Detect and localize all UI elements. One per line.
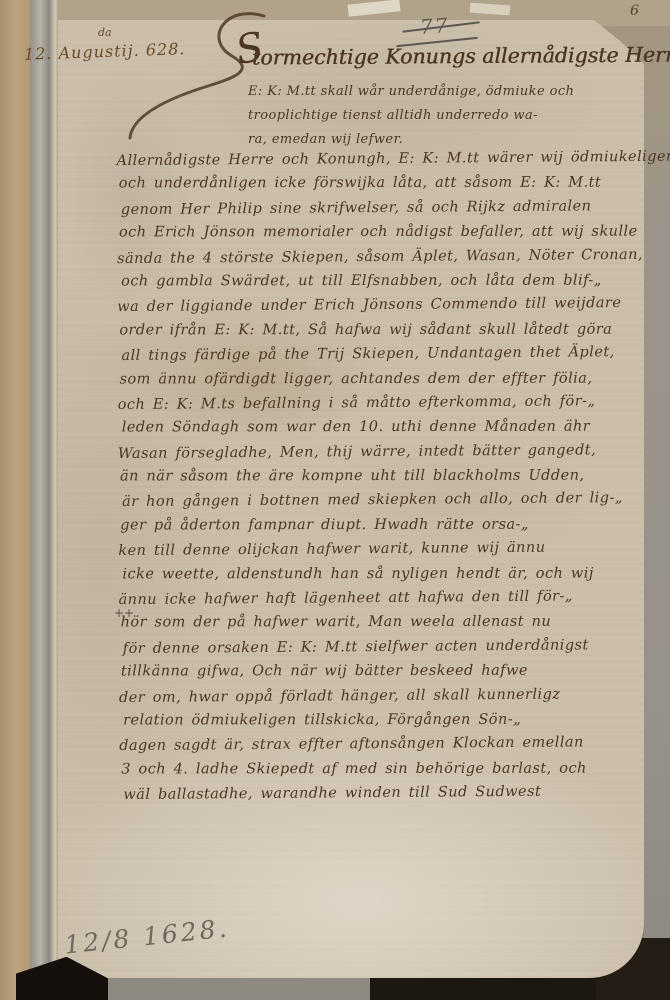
archival-date-superscript: da — [98, 26, 112, 39]
manuscript-line: wäl ballastadhe, warandhe winden till Su… — [123, 779, 644, 807]
manuscript-line: leden Söndagh som war den 10. uthi denne… — [122, 415, 643, 440]
manuscript-line: tillkänna gifwa, Och när wij bätter besk… — [121, 659, 644, 684]
manuscript-line: all tings färdige på the Trij Skiepen, U… — [121, 340, 642, 368]
manuscript-line: och E: K: M.ts befallning i så måtto eft… — [118, 389, 643, 418]
manuscript-line: hör som der på hafwer warit, Man weela a… — [121, 610, 644, 635]
manuscript-line: der om, hwar oppå förladt hänger, all sk… — [119, 682, 644, 711]
manuscript-line: icke weette, aldenstundh han så nyligen … — [122, 561, 643, 586]
salutation-line: trooplichtige tienst alltidh underredo w… — [248, 104, 574, 128]
manuscript-line: som ännu ofärdigdt ligger, achtandes dem… — [120, 366, 643, 391]
binding-edge-tan — [0, 0, 30, 1000]
manuscript-line: ännu icke hafwer haft lägenheet att hafw… — [118, 584, 643, 613]
manuscript-line: och gambla Swärdet, ut till Elfsnabben, … — [121, 268, 642, 293]
manuscript-line: wa der liggiande under Erich Jönsons Com… — [117, 291, 642, 320]
salutation-line: E: K: M.tt skall wår underdånige, ödmiuk… — [248, 80, 574, 104]
manuscript-line: sända the 4 störste Skiepen, såsom Äplet… — [117, 243, 642, 272]
margin-insert-mark: ++ — [114, 606, 134, 620]
heading-text: tormechtige Konungs allernådigste Herre, — [252, 42, 670, 69]
salutation-block: E: K: M.tt skall wår underdånige, ödmiuk… — [248, 80, 574, 152]
manuscript-line: order ifrån E: K: M.tt, Så hafwa wij såd… — [119, 317, 642, 342]
folio-number: 6 — [630, 3, 639, 19]
manuscript-line: 3 och 4. ladhe Skiepedt af med sin behör… — [121, 756, 644, 781]
manuscript-line: och underdånligen icke förswijka låta, a… — [119, 171, 642, 196]
manuscript-line: för denne orsaken E: K: M.tt sielfwer ac… — [123, 633, 644, 661]
manuscript-line: och Erich Jönson memorialer och nådigst … — [119, 220, 642, 245]
manuscript-line: genom Her Philip sine skrifwelser, så oc… — [121, 194, 642, 222]
manuscript-line: relation ödmiukeligen tillskicka, Förgån… — [123, 708, 644, 733]
manuscript-scan: 12. Augustij. 628. da 77 6 S tormechtige… — [0, 0, 670, 1000]
manuscript-line: Wasan försegladhe, Men, thij wärre, inte… — [118, 438, 643, 467]
manuscript-line: är hon gången i bottnen med skiepken och… — [122, 486, 643, 514]
manuscript-line: Allernådigste Herre och Konungh, E: K: M… — [117, 145, 642, 174]
manuscript-line: ken till denne olijckan hafwer warit, ku… — [118, 535, 643, 564]
manuscript-line: ger på åderton fampnar diupt. Hwadh rätt… — [120, 512, 643, 537]
manuscript-line: dagen sagdt är, strax effter aftonsången… — [119, 730, 644, 759]
manuscript-line: än när såsom the äre kompne uht till bla… — [120, 464, 643, 489]
binding-gutter — [30, 0, 58, 1000]
letter-body: Allernådigste Herre och Konungh, E: K: M… — [117, 146, 645, 807]
